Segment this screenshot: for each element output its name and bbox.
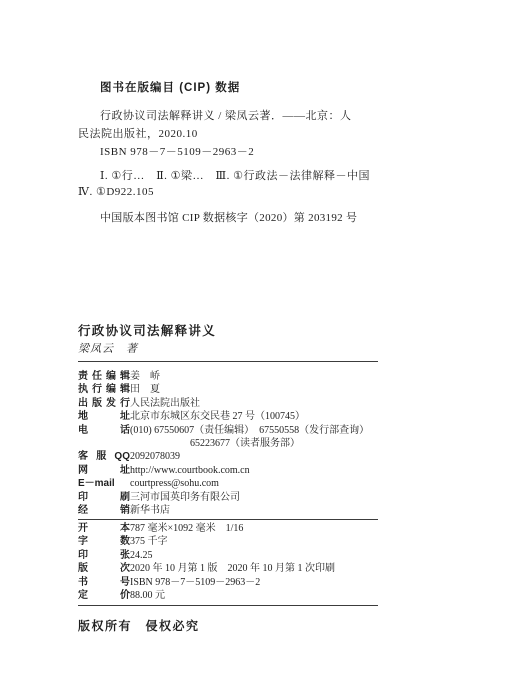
table-row: 版次 2020 年 10 月第 1 版 2020 年 10 月第 1 次印刷 — [78, 562, 380, 575]
row-value: 人民法院出版社 — [130, 397, 200, 410]
row-value: 三河市国英印务有限公司 — [130, 491, 240, 504]
table-row: 客服QQ 2092078039 — [78, 450, 380, 463]
divider-top — [78, 361, 378, 362]
row-label: 出版发行 — [78, 397, 130, 410]
table-row: 开本 787 毫米×1092 毫米 1/16 — [78, 522, 380, 535]
row-value: 新华书店 — [130, 504, 170, 517]
table-row: 出版发行 人民法院出版社 — [78, 397, 380, 410]
row-value: (010) 67550607（责任编辑） 67550558（发行部查询） — [130, 425, 369, 436]
table-row: 责任编辑 姜 峤 — [78, 370, 380, 383]
publication-info-table: 责任编辑 姜 峤 执行编辑 田 夏 出版发行 人民法院出版社 地址 北京市东城区… — [78, 370, 380, 517]
copyright-notice: 版权所有 侵权必究 — [78, 617, 380, 634]
row-label: 电话 — [78, 424, 130, 451]
phone-extra-line: 65223677（读者服务部） — [130, 437, 369, 450]
divider-middle — [78, 519, 378, 520]
cip-classification-line2: Ⅳ. ①D922.105 — [78, 185, 380, 201]
cip-description-line1: 行政协议司法解释讲义 / 梁凤云著．——北京：人 — [78, 108, 380, 126]
divider-bottom — [78, 605, 378, 606]
row-value: 姜 峤 — [130, 370, 160, 383]
cip-description: 行政协议司法解释讲义 / 梁凤云著．——北京：人 民法院出版社，2020.10 — [78, 108, 380, 143]
row-value: ISBN 978－7－5109－2963－2 — [130, 576, 260, 589]
row-label: 地址 — [78, 410, 130, 423]
row-label: 责任编辑 — [78, 370, 130, 383]
row-value: courtpress@sohu.com — [130, 477, 219, 490]
row-label: 经销 — [78, 504, 130, 517]
row-label: 版次 — [78, 562, 130, 575]
cip-header: 图书在版编目 (CIP) 数据 — [78, 79, 402, 95]
row-value: 24.25 — [130, 549, 153, 562]
row-label: 客服QQ — [78, 450, 130, 463]
cip-classification: Ⅰ. ①行… Ⅱ. ①梁… Ⅲ. ①行政法－法律解释－中国 Ⅳ. ①D922.1… — [78, 169, 380, 200]
row-label: 定价 — [78, 589, 130, 602]
cip-description-line2: 民法院出版社，2020.10 — [78, 126, 380, 144]
row-label: 字数 — [78, 535, 130, 548]
table-row: 执行编辑 田 夏 — [78, 383, 380, 396]
row-label: 开本 — [78, 522, 130, 535]
row-value: 2020 年 10 月第 1 版 2020 年 10 月第 1 次印刷 — [130, 562, 335, 575]
table-row: 地址 北京市东城区东交民巷 27 号（100745） — [78, 410, 380, 423]
print-info-table: 开本 787 毫米×1092 毫米 1/16 字数 375 千字 印张 24.2… — [78, 522, 380, 602]
row-label: 书号 — [78, 576, 130, 589]
table-row: 网址 http://www.courtbook.com.cn — [78, 464, 380, 477]
phone-values: (010) 67550607（责任编辑） 67550558（发行部查询） 652… — [130, 424, 369, 451]
row-value: 375 千字 — [130, 535, 168, 548]
book-author: 梁凤云 著 — [78, 340, 380, 356]
row-value: 2092078039 — [130, 450, 180, 463]
row-label: 网址 — [78, 464, 130, 477]
book-title: 行政协议司法解释讲义 — [78, 321, 380, 339]
table-row: 书号 ISBN 978－7－5109－2963－2 — [78, 576, 380, 589]
row-value: 田 夏 — [130, 383, 160, 396]
row-value: http://www.courtbook.com.cn — [130, 464, 250, 477]
row-label: E－mail — [78, 477, 130, 490]
cip-isbn-line: ISBN 978－7－5109－2963－2 — [78, 143, 402, 159]
row-value: 88.00 元 — [130, 589, 165, 602]
table-row: E－mail courtpress@sohu.com — [78, 477, 380, 490]
row-label: 执行编辑 — [78, 383, 130, 396]
table-row: 经销 新华书店 — [78, 504, 380, 517]
table-row: 定价 88.00 元 — [78, 589, 380, 602]
row-value: 787 毫米×1092 毫米 1/16 — [130, 522, 243, 535]
row-value: 北京市东城区东交民巷 27 号（100745） — [130, 410, 305, 423]
row-label: 印张 — [78, 549, 130, 562]
table-row: 印刷 三河市国英印务有限公司 — [78, 491, 380, 504]
cip-classification-line1: Ⅰ. ①行… Ⅱ. ①梁… Ⅲ. ①行政法－法律解释－中国 — [78, 169, 380, 185]
table-row-phone: 电话 (010) 67550607（责任编辑） 67550558（发行部查询） … — [78, 424, 380, 451]
table-row: 印张 24.25 — [78, 549, 380, 562]
row-label: 印刷 — [78, 491, 130, 504]
table-row: 字数 375 千字 — [78, 535, 380, 548]
copyright-page: 图书在版编目 (CIP) 数据 行政协议司法解释讲义 / 梁凤云著．——北京：人… — [0, 0, 510, 695]
cip-record-number: 中国版本图书馆 CIP 数据核字（2020）第 203192 号 — [78, 209, 402, 225]
